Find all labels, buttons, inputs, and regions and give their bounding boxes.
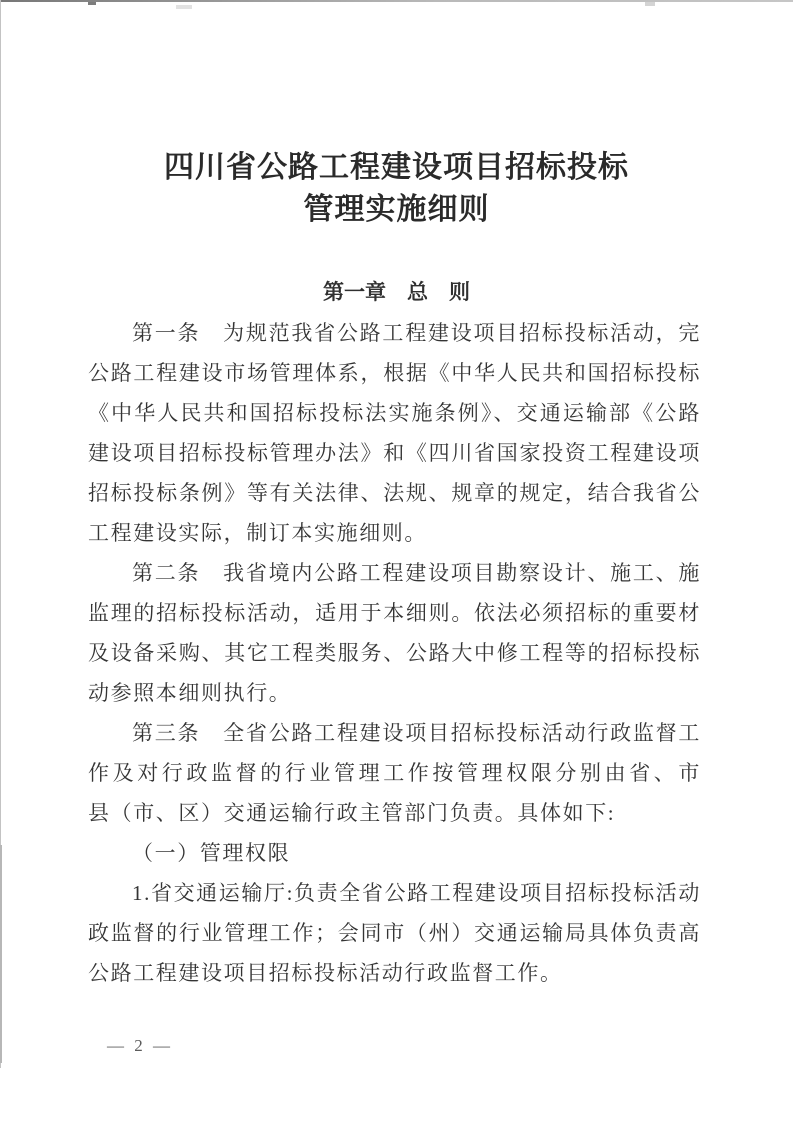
chapter-heading: 第一章 总 则 bbox=[0, 272, 793, 312]
body-line: 及设备采购、其它工程类服务、公路大中修工程等的招标投标活 bbox=[88, 633, 701, 673]
document-body: 第一条 为规范我省公路工程建设项目招标投标活动，完善 公路工程建设市场管理体系，… bbox=[88, 313, 701, 993]
scanned-document-page: 四川省公路工程建设项目招标投标 管理实施细则 第一章 总 则 第一条 为规范我省… bbox=[0, 0, 793, 1121]
body-line: 第一条 为规范我省公路工程建设项目招标投标活动，完善 bbox=[88, 313, 701, 353]
body-line: 动参照本细则执行。 bbox=[88, 673, 701, 713]
page-number: — 2 — bbox=[107, 1036, 173, 1056]
body-line: 第三条 全省公路工程建设项目招标投标活动行政监督工 bbox=[88, 713, 701, 753]
scan-edge-top bbox=[0, 0, 793, 2]
body-line: 公路工程建设项目招标投标活动行政监督工作。 bbox=[88, 953, 701, 993]
scan-edge-left bbox=[0, 845, 2, 1063]
body-line: 工程建设实际，制订本实施细则。 bbox=[88, 513, 701, 553]
body-line: 建设项目招标投标管理办法》和《四川省国家投资工程建设项目 bbox=[88, 433, 701, 473]
body-line: 《中华人民共和国招标投标法实施条例》、交通运输部《公路工程 bbox=[88, 393, 701, 433]
body-line: 1.省交通运输厅:负责全省公路工程建设项目招标投标活动行 bbox=[88, 873, 701, 913]
title-line: 管理实施细则 bbox=[0, 189, 793, 231]
document-title: 四川省公路工程建设项目招标投标 管理实施细则 bbox=[0, 147, 793, 231]
scan-artifact bbox=[645, 2, 655, 6]
body-line: 第二条 我省境内公路工程建设项目勘察设计、施工、施工 bbox=[88, 553, 701, 593]
body-line: （一）管理权限 bbox=[88, 833, 701, 873]
scan-artifact bbox=[88, 2, 96, 5]
body-line: 公路工程建设市场管理体系，根据《中华人民共和国招标投标法》、 bbox=[88, 353, 701, 393]
body-line: 监理的招标投标活动，适用于本细则。依法必须招标的重要材料 bbox=[88, 593, 701, 633]
body-line: 招标投标条例》等有关法律、法规、规章的规定，结合我省公路 bbox=[88, 473, 701, 513]
body-line: 作及对行政监督的行业管理工作按管理权限分别由省、市（州）、 bbox=[88, 753, 701, 793]
title-line: 四川省公路工程建设项目招标投标 bbox=[0, 147, 793, 189]
body-line: 政监督的行业管理工作；会同市（州）交通运输局具体负责高速 bbox=[88, 913, 701, 953]
body-line: 县（市、区）交通运输行政主管部门负责。具体如下: bbox=[88, 793, 701, 833]
scan-artifact bbox=[176, 5, 192, 9]
